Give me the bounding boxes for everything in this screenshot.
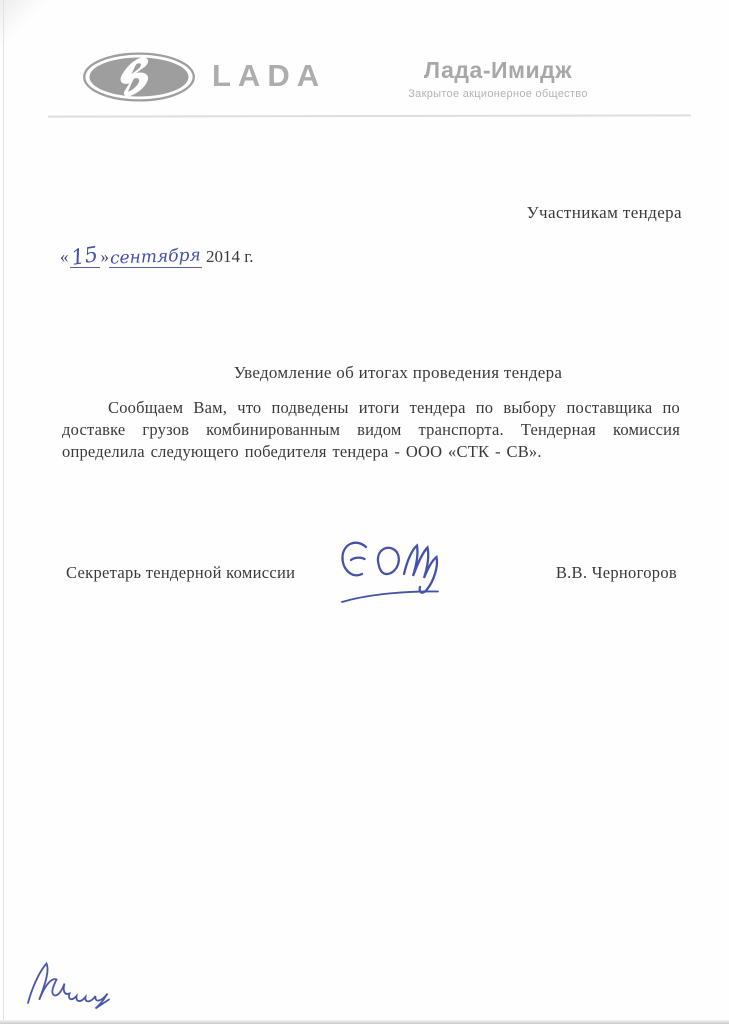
company-subtitle: Закрытое акционерное общество: [398, 88, 598, 100]
signature-scribble-icon: [330, 533, 470, 623]
date-year: 2014 г.: [206, 247, 254, 266]
scan-left-edge: [3, 0, 4, 1024]
date-month-blank: сентября: [109, 247, 202, 268]
signature-role: Секретарь тендерной комиссии: [66, 563, 295, 583]
lada-wordmark: LADA: [212, 58, 326, 94]
scanned-letter-page: LADA Лада-Имидж Закрытое акционерное общ…: [0, 0, 729, 1024]
paraph-scribble-icon: [18, 956, 123, 1012]
company-name: Лада-Имидж: [398, 57, 598, 84]
header-divider: [48, 114, 691, 117]
date-month-handwritten: сентября: [110, 245, 201, 268]
date-line: «15»сентября2014 г.: [60, 243, 254, 268]
date-day-handwritten: 15: [70, 242, 100, 270]
signature-name: В.В. Черногоров: [556, 563, 677, 583]
letter-title: Уведомление об итогах проведения тендера: [62, 363, 679, 383]
date-open-quote: «: [60, 247, 69, 266]
scan-bottom-edge: [0, 1020, 729, 1024]
date-close-quote: »: [101, 247, 110, 266]
letter-body: Сообщаем Вам, что подведены итоги тендер…: [62, 397, 680, 463]
scan-corner-shade: [0, 0, 46, 46]
recipient-line: Участникам тендера: [527, 203, 682, 223]
date-day-blank: 15: [70, 243, 100, 268]
company-block: Лада-Имидж Закрытое акционерное общество: [398, 57, 598, 100]
lada-logo-icon: [80, 52, 198, 102]
